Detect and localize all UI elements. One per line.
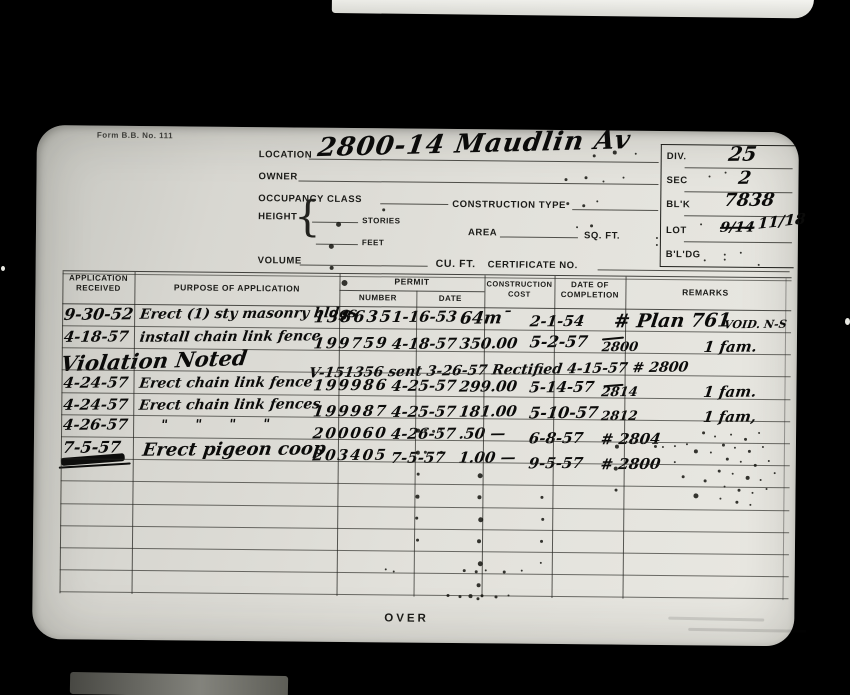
speckle	[503, 570, 506, 573]
speckle	[329, 244, 334, 249]
speckle	[521, 570, 523, 572]
received-value: 4-26-57	[62, 415, 135, 434]
speckle	[613, 151, 617, 155]
speckle	[674, 445, 676, 447]
adjacent-card-bottom-edge	[70, 672, 288, 695]
header-date: DATE	[416, 294, 484, 304]
speckle	[477, 583, 481, 587]
speckle	[458, 595, 461, 598]
received-value: 4-24-57	[62, 373, 135, 392]
speckle	[440, 429, 442, 431]
speckle	[440, 451, 443, 454]
rule-line	[60, 503, 789, 511]
speckle	[476, 597, 479, 600]
speckle	[417, 473, 420, 476]
received-value: 9-30-52	[63, 304, 136, 324]
remark-value: # Plan 761	[613, 310, 711, 333]
lot-value-struck: 9/14	[719, 220, 756, 236]
rule-line	[60, 592, 789, 600]
cost-value: 1.00 —	[458, 448, 531, 467]
header-remarks: REMARKS	[625, 287, 785, 299]
speckle	[585, 176, 588, 179]
height-label: HEIGHT	[258, 211, 297, 222]
speckle	[686, 443, 688, 445]
speckle	[758, 432, 760, 434]
speckle	[744, 438, 747, 441]
construction-type-line	[572, 209, 658, 211]
header-purpose: PURPOSE OF APPLICATION	[134, 282, 339, 294]
permit-date-value: 4-25-57	[390, 376, 461, 395]
div-line	[685, 167, 793, 169]
speckle	[446, 594, 449, 597]
cost-value: 64m¯	[459, 308, 532, 329]
speckle	[751, 492, 753, 494]
speckle	[762, 446, 764, 448]
speckle	[478, 473, 483, 478]
speckle	[758, 264, 760, 266]
stories-label: STORIES	[362, 216, 400, 225]
speckle	[507, 595, 509, 597]
bldg-label: B'L'DG	[666, 249, 701, 260]
header-application-received: APPLICATION RECEIVED	[62, 273, 134, 294]
header-completion-line2: COMPLETION	[561, 290, 619, 300]
speckle	[582, 204, 585, 207]
speckle	[709, 175, 711, 177]
speckle	[704, 259, 706, 261]
header-cost-line2: COST	[508, 289, 531, 298]
lot-line	[684, 241, 792, 243]
speckle	[724, 254, 726, 256]
speckle	[662, 446, 664, 448]
purpose-value: Erect (1) sty masonry bldgs	[139, 305, 342, 323]
completion-value: 5-14-57	[528, 378, 601, 397]
speckle	[656, 237, 658, 239]
cost-value: 350.00	[459, 334, 532, 353]
sec-value: 2	[737, 168, 752, 189]
film-speck	[845, 318, 850, 325]
speckle	[740, 252, 742, 254]
cuft-label: CU. FT.	[436, 258, 476, 270]
speckle	[614, 467, 618, 471]
header-construction-cost: CONSTRUCTION COST	[484, 279, 554, 299]
parcel-box-top-border	[661, 144, 795, 146]
area-line	[500, 236, 578, 238]
speckle	[732, 473, 734, 475]
speckle	[477, 495, 481, 499]
speckle	[478, 517, 483, 522]
speckle	[674, 461, 676, 463]
speckle	[724, 259, 726, 261]
speckle	[330, 266, 334, 270]
certificate-line	[598, 269, 790, 272]
speckle	[700, 223, 702, 225]
speckle	[540, 540, 543, 543]
completion-value: 2-1-54	[529, 312, 602, 331]
permit-index-card: Form B.B. No. 111 LOCATION 2800-14 Maudl…	[32, 125, 799, 646]
over-label: OVER	[384, 612, 429, 624]
speckle	[718, 470, 721, 473]
speckle	[416, 429, 420, 433]
speckle	[416, 451, 420, 455]
blk-value: 7838	[723, 190, 776, 211]
speckle	[654, 445, 657, 448]
speckle	[393, 570, 395, 572]
received-value: 4-18-57	[63, 327, 136, 346]
speckle	[615, 489, 618, 492]
speckle	[475, 570, 478, 573]
div-value: 25	[727, 142, 758, 166]
occupancy-line	[380, 203, 448, 205]
speckle	[726, 458, 729, 461]
lot-label: LOT	[666, 225, 687, 236]
purpose-value: install chain link fence	[139, 328, 342, 346]
height-brace: {	[294, 195, 321, 237]
speckle	[635, 153, 637, 155]
purpose-value: Erect chain link fence	[138, 374, 341, 392]
speckle	[341, 280, 347, 286]
speckle	[596, 200, 598, 202]
parcel-box-bottom-border	[660, 266, 794, 268]
speckle	[424, 429, 427, 432]
speckle	[478, 561, 483, 566]
speckle	[485, 569, 487, 571]
speckle	[540, 562, 542, 564]
speckle	[710, 451, 712, 453]
div-label: DIV.	[667, 151, 687, 162]
speckle	[738, 489, 741, 492]
volume-line	[300, 265, 428, 267]
speckle	[590, 224, 593, 227]
speckle	[564, 178, 567, 181]
feet-line	[316, 244, 358, 245]
received-value: 4-24-57	[62, 395, 135, 414]
speckle	[730, 434, 732, 436]
speckle	[463, 569, 466, 572]
speckle	[694, 449, 698, 453]
location-value: 2800-14 Maudlin Av	[316, 125, 633, 163]
speckle	[748, 450, 751, 453]
speckle	[725, 172, 727, 174]
speckle	[540, 496, 543, 499]
speckle	[722, 444, 725, 447]
film-speck	[1, 266, 5, 271]
rule-line	[61, 481, 790, 489]
speckle	[494, 595, 497, 598]
speckle	[623, 177, 625, 179]
header-date-of-completion: DATE OF COMPLETION	[554, 280, 625, 301]
speckle	[468, 594, 472, 598]
construction-type-label: CONSTRUCTION TYPE	[452, 199, 566, 211]
scan-smudge	[668, 617, 764, 622]
speckle	[740, 461, 742, 463]
sec-label: SEC	[666, 175, 687, 186]
speckle	[415, 517, 418, 520]
speckle	[382, 208, 385, 211]
speckle	[415, 495, 419, 499]
header-cost-line1: CONSTRUCTION	[487, 279, 553, 289]
speckle	[754, 464, 757, 467]
rule-line	[60, 525, 789, 533]
certificate-label: CERTIFICATE NO.	[488, 259, 578, 271]
speckle	[615, 445, 619, 449]
speckle	[704, 479, 707, 482]
parcel-box-left-border	[660, 144, 662, 266]
sqft-label: SQ. FT.	[584, 230, 620, 241]
speckle	[774, 472, 776, 474]
form-number: Form B.B. No. 111	[97, 131, 173, 141]
speckle	[693, 493, 698, 498]
speckle	[766, 488, 768, 490]
adjacent-card-top-edge	[332, 0, 814, 18]
speckle	[746, 476, 750, 480]
speckle	[768, 460, 770, 462]
speckle	[602, 180, 604, 182]
permit-date-value: 1-16-53	[391, 307, 462, 326]
speckle	[719, 498, 721, 500]
permit-number-value: 138635	[313, 307, 396, 327]
lot-value: 11/18	[757, 210, 806, 233]
speckle	[432, 430, 435, 433]
speckle	[336, 222, 341, 227]
speckle	[760, 479, 762, 481]
speckle	[593, 154, 596, 157]
blk-label: BL'K	[666, 199, 690, 210]
speckle	[477, 539, 481, 543]
speckle	[735, 501, 738, 504]
purpose-value: Erect chain link fences	[138, 396, 341, 414]
speckle	[749, 504, 751, 506]
speckle	[576, 226, 578, 228]
location-label: LOCATION	[259, 149, 313, 161]
permit-number-value: 199986	[312, 376, 395, 395]
speckle	[724, 486, 726, 488]
scan-smudge	[688, 628, 806, 633]
microfilm-scan: Form B.B. No. 111 LOCATION 2800-14 Maudl…	[0, 0, 850, 695]
owner-label: OWNER	[258, 171, 297, 182]
header-application-line2: RECEIVED	[76, 284, 121, 293]
cost-value: 299.00	[458, 377, 531, 396]
header-number: NUMBER	[339, 293, 416, 303]
speckle	[566, 202, 569, 205]
header-completion-line1: DATE OF	[571, 280, 609, 289]
volume-label: VOLUME	[258, 255, 302, 266]
area-label: AREA	[468, 227, 497, 238]
rule-line	[60, 547, 789, 555]
speckle	[480, 594, 483, 597]
rule-line	[339, 290, 484, 292]
rule-line	[60, 569, 789, 577]
speckle	[714, 436, 716, 438]
speckle	[656, 244, 658, 246]
speckle	[734, 447, 736, 449]
feet-label: FEET	[362, 238, 384, 247]
speckle	[385, 568, 387, 570]
speckle	[432, 452, 434, 454]
speckle	[541, 518, 544, 521]
speckle	[702, 431, 705, 434]
speckle	[682, 475, 685, 478]
speckle	[416, 539, 419, 542]
speckle	[424, 451, 427, 454]
completion-value: 5-2-57	[529, 332, 602, 352]
